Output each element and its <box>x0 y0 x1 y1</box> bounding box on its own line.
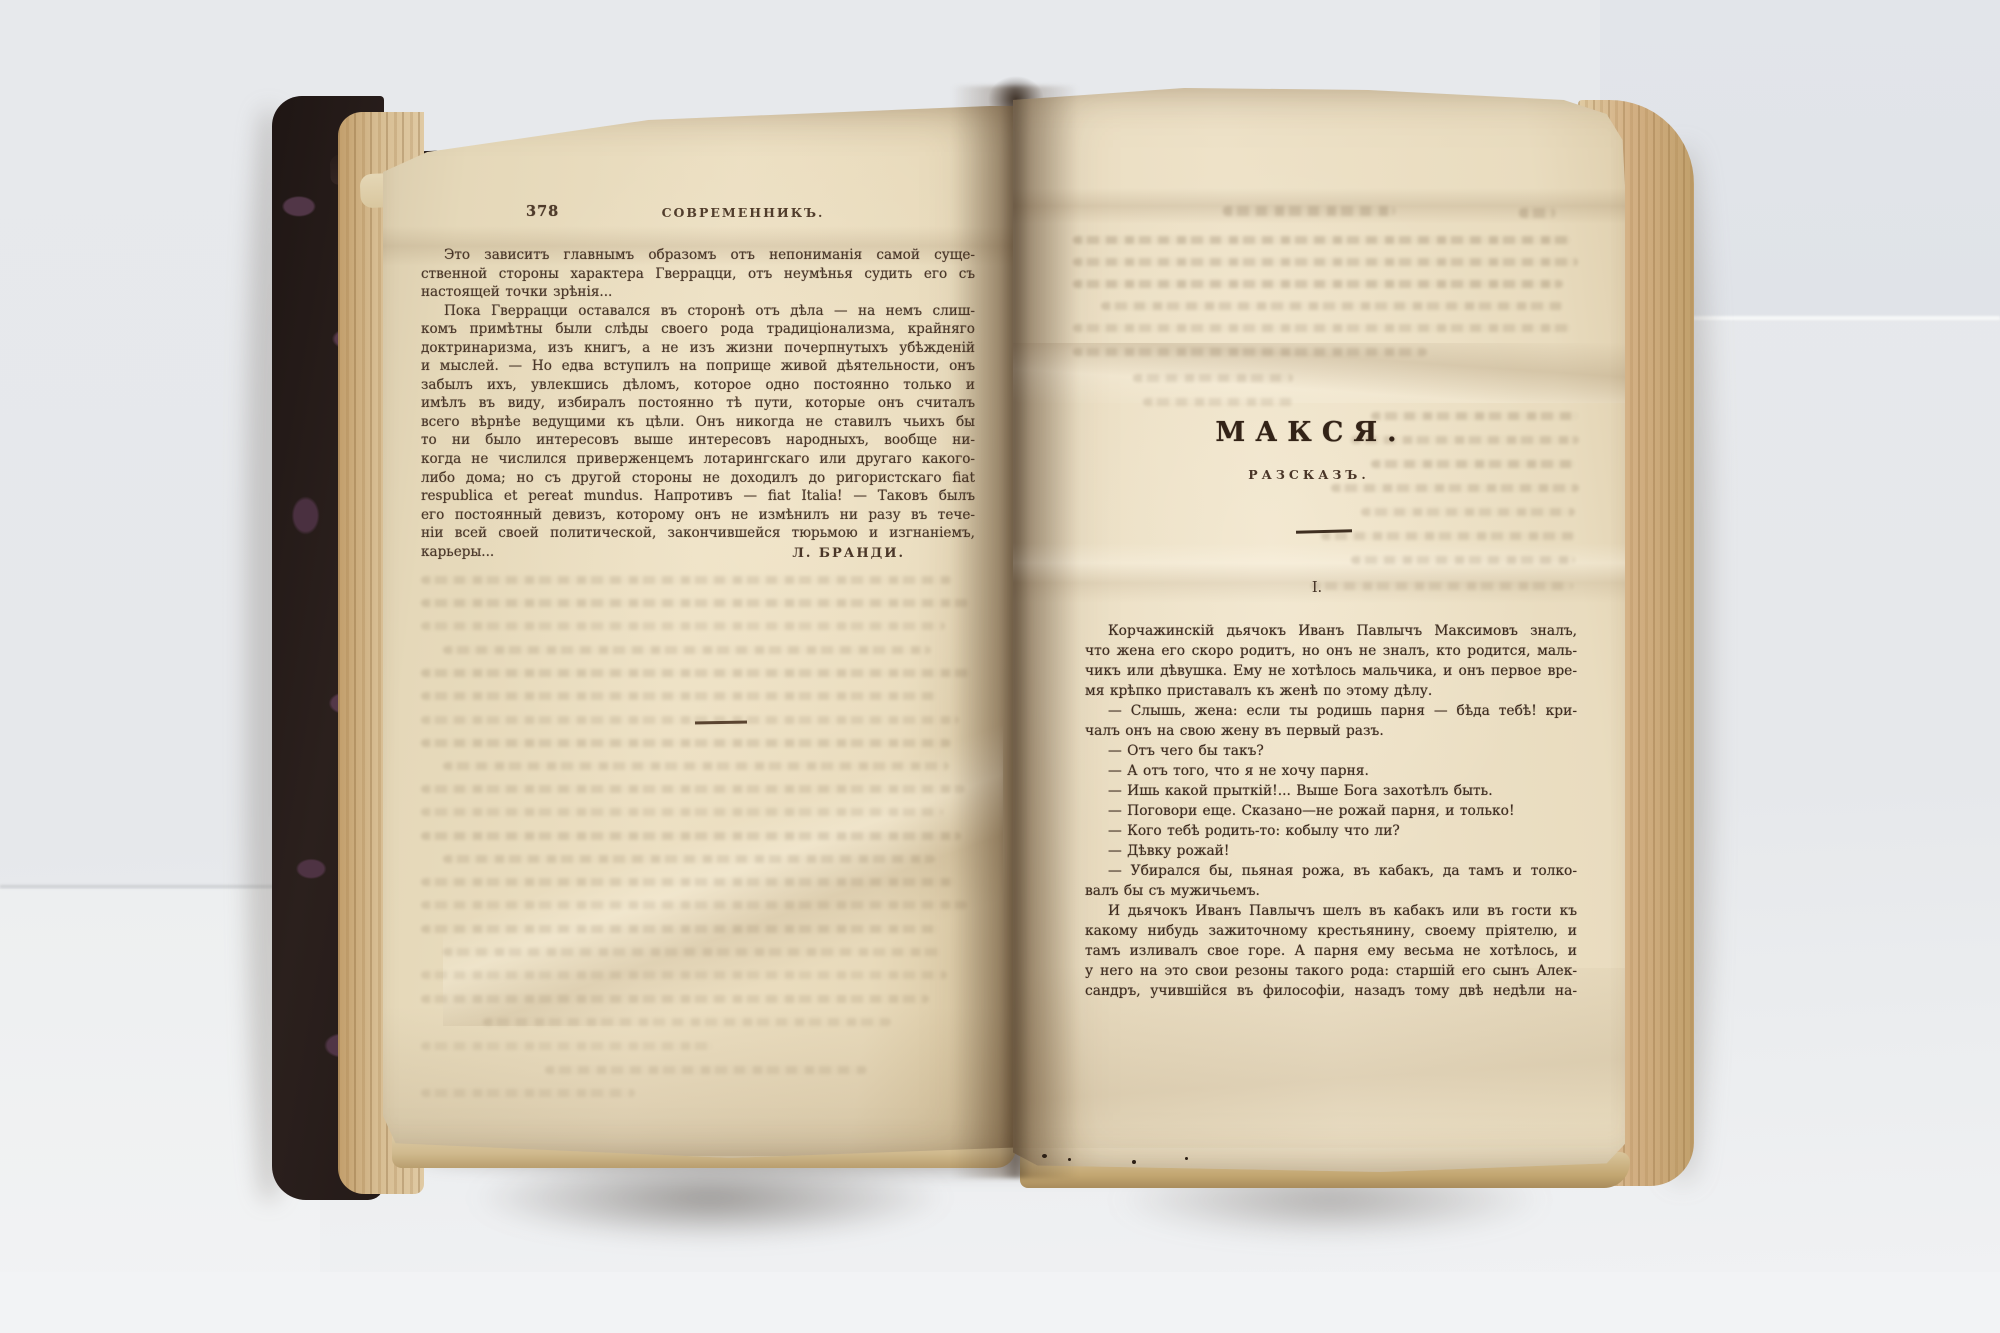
bleed-line <box>1331 484 1579 492</box>
text-line: — Ишь какой прыткій!... Выше Бога захотѣ… <box>1085 781 1577 801</box>
running-title: СОВРЕМЕННИКЪ. <box>633 205 853 220</box>
dirt-speck <box>1042 1154 1047 1158</box>
bleed-line <box>1101 302 1563 310</box>
bleed-line <box>421 599 969 607</box>
bleedthrough-text <box>1073 198 1585 618</box>
book-shadow <box>380 1150 1040 1270</box>
bleed-line <box>1073 236 1571 244</box>
bleed-line <box>1073 348 1427 356</box>
bleed-line <box>421 785 965 793</box>
bleed-line <box>421 1042 713 1050</box>
text-line: respublica et pereat mundus. Напротивъ —… <box>421 487 975 506</box>
bleed-line <box>421 669 971 677</box>
photo-of-open-book: 378 СОВРЕМЕННИКЪ. Это зависитъ главнымъ … <box>0 0 2000 1333</box>
bleed-line <box>1519 208 1555 218</box>
bleed-line <box>483 1018 891 1026</box>
page-crease <box>1013 188 1625 224</box>
bleed-line <box>421 808 943 816</box>
left-page: 378 СОВРЕМЕННИКЪ. Это зависитъ главнымъ … <box>383 106 1015 1158</box>
text-line: сандръ, учившійся въ философіи, назадъ т… <box>1085 981 1577 1001</box>
bleed-line <box>421 622 945 630</box>
text-line: Это зависитъ главнымъ образомъ отъ непон… <box>421 246 975 265</box>
bleed-line <box>1143 398 1293 406</box>
bleed-line <box>443 646 931 654</box>
dirt-speck <box>1068 1158 1071 1161</box>
page-crease <box>443 726 1003 1026</box>
text-line: какому нибудь зажиточному крестьянину, с… <box>1085 921 1577 941</box>
bleed-line <box>1361 508 1575 516</box>
bleed-line <box>1321 532 1575 540</box>
bleed-line <box>545 1066 867 1074</box>
bleed-line <box>421 901 967 909</box>
text-line: ніи всей своей политической, закончившей… <box>421 524 975 543</box>
section-end-rule <box>695 721 747 724</box>
bleed-line <box>1133 374 1293 382</box>
text-line: — Слышь, жена: если ты родишь парня — бѣ… <box>1085 701 1577 721</box>
bleed-line <box>421 878 955 886</box>
text-line: — Дѣвку рожай! <box>1085 841 1577 861</box>
bleed-line <box>1073 280 1563 288</box>
text-line: И дьячокъ Иванъ Павлычъ шелъ въ кабакъ и… <box>1085 901 1577 921</box>
bleed-line <box>421 739 951 747</box>
text-line: — Поговори еще. Сказано—не рожай парня, … <box>1085 801 1577 821</box>
text-line: валъ бы съ мужичьемъ. <box>1085 881 1577 901</box>
bleed-line <box>421 925 939 933</box>
text-line: либо дома; но съ другой стороны не доход… <box>421 469 975 488</box>
text-line: — А отъ того, что я не хочу парня. <box>1085 761 1577 781</box>
page-number: 378 <box>526 203 559 220</box>
bleed-line <box>1073 258 1578 266</box>
text-line: доктринаризма, изъ книгъ, а не изъ жизни… <box>421 339 975 358</box>
bleed-line <box>443 762 949 770</box>
text-line: забылъ ихъ, увлекшись дѣломъ, которое од… <box>421 376 975 395</box>
text-line: ственной стороны характера Гверрацци, от… <box>421 265 975 284</box>
bleed-line <box>1073 324 1571 332</box>
bleed-line <box>421 716 959 724</box>
text-line: Пока Гверрацци оставался въ сторонѣ отъ … <box>421 302 975 321</box>
text-line: имѣлъ въ виду, избиралъ постоянно тѣ пут… <box>421 394 975 413</box>
bleed-line <box>443 855 935 863</box>
text-line: тамъ изливалъ свое горе. А парня ему вес… <box>1085 941 1577 961</box>
body-text: Это зависитъ главнымъ образомъ отъ непон… <box>421 246 975 561</box>
text-line: и мыслей. — Но едва вступилъ на поприще … <box>421 357 975 376</box>
title-rule <box>1296 529 1352 533</box>
bleed-line <box>421 832 961 840</box>
bleed-line <box>421 971 947 979</box>
text-line: комъ примѣтны были слѣды своего рода тра… <box>421 320 975 339</box>
text-line: чалъ онъ на свою жену въ первый разъ. <box>1085 721 1577 741</box>
background-surface <box>0 1272 2000 1333</box>
text-line: — Кого тебѣ родить-то: кобылу что ли? <box>1085 821 1577 841</box>
text-line: всего вѣрнѣе ведущими къ цѣли. Онъ никог… <box>421 413 975 432</box>
right-page: МАКСЯ. РАЗСКАЗЪ. I. Корчажинскій дьячокъ… <box>1013 88 1625 1172</box>
text-line: то ни было интересовъ выше интересовъ на… <box>421 431 975 450</box>
text-line: — Убирался бы, пьяная рожа, въ кабакъ, д… <box>1085 861 1577 881</box>
bleed-line <box>421 995 929 1003</box>
text-line: когда не числился приверженцемъ лотаринг… <box>421 450 975 469</box>
text-line: что жена его скоро родитъ, но онъ не зна… <box>1085 641 1577 661</box>
dirt-speck <box>1185 1157 1188 1160</box>
text-line: у него на это свои резоны такого рода: с… <box>1085 961 1577 981</box>
text-line: чикъ или дѣвушка. Ему не хотѣлось мальчи… <box>1085 661 1577 681</box>
text-line: мя крѣпко приставалъ къ женѣ по этому дѣ… <box>1085 681 1577 701</box>
body-text: Корчажинскій дьячокъ Иванъ Павлычъ Макси… <box>1085 621 1577 1001</box>
text-line: — Отъ чего бы такъ? <box>1085 741 1577 761</box>
bleedthrough-text <box>421 576 975 1136</box>
page-crease <box>383 1006 1015 1156</box>
bleed-line <box>421 1089 635 1097</box>
story-title: МАКСЯ. <box>1065 417 1557 448</box>
bleed-line <box>1223 206 1395 216</box>
dirt-speck <box>1132 1160 1136 1164</box>
author-signature: Л. БРАНДИ. <box>421 546 975 561</box>
text-line: настоящей точки зрѣнія... <box>421 283 975 302</box>
page-crease <box>1013 343 1625 403</box>
story-subtitle: РАЗСКАЗЪ. <box>1063 467 1555 482</box>
text-line: его постоянный девизъ, которому онъ не и… <box>421 506 975 525</box>
bleed-line <box>421 692 937 700</box>
chapter-numeral: I. <box>1071 580 1563 596</box>
bleed-line <box>443 948 941 956</box>
bleed-line <box>1351 556 1575 564</box>
text-line: Корчажинскій дьячокъ Иванъ Павлычъ Макси… <box>1085 621 1577 641</box>
bleed-line <box>421 576 953 584</box>
